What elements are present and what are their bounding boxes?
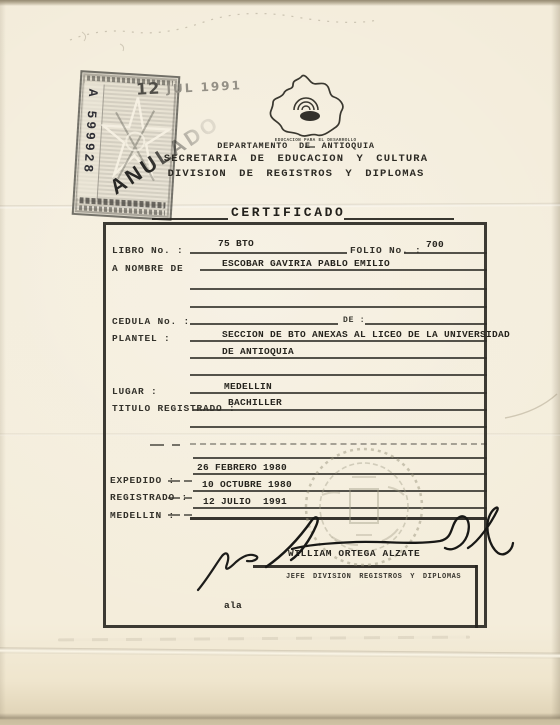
page-left-edge xyxy=(0,0,6,725)
ruled-line-blank-2 xyxy=(190,306,487,308)
title-rule-right xyxy=(344,218,454,220)
typed-dash xyxy=(150,444,164,446)
ruled-line-lugar xyxy=(190,392,487,394)
field-value-nombre: ESCOBAR GAVIRIA PABLO EMILIO xyxy=(222,258,390,269)
ruled-line-plantel-1 xyxy=(190,340,487,342)
field-value-libro: 75 BTO xyxy=(218,238,254,249)
field-label-cedula: CEDULA No. : xyxy=(112,316,190,327)
date-stamp-month-year-text: JUL 1991 xyxy=(166,78,242,96)
ruled-line-nombre xyxy=(200,269,487,271)
field-label-registrado: REGISTRADO : xyxy=(110,492,188,503)
header-secretaria: SECRETARIA DE EDUCACION Y CULTURA xyxy=(96,153,496,165)
typist-initials: ala xyxy=(224,600,242,611)
field-label-expedido: EXPEDIDO : xyxy=(110,475,175,486)
typed-dash xyxy=(184,480,192,482)
scanned-certificate-page: A 599928 ANULADO 12 JUL 1991 EDUCACION P… xyxy=(0,0,560,725)
field-label-nombre: A NOMBRE DE xyxy=(112,263,184,274)
field-value-expedido: 26 FEBRERO 1980 xyxy=(197,462,287,473)
field-label-plantel: PLANTEL : xyxy=(112,333,171,344)
ruled-line-cedula-de xyxy=(365,323,487,325)
pencil-marks xyxy=(82,32,124,51)
field-label-folio: FOLIO No. : xyxy=(350,245,422,256)
field-label-de: DE : xyxy=(343,316,365,325)
date-stamp: 12 JUL 1991 xyxy=(136,74,243,99)
page-top-edge xyxy=(0,0,560,6)
header-departamento: DEPARTAMENTO DE ANTIOQUIA xyxy=(96,141,496,151)
field-label-lugar: LUGAR : xyxy=(112,386,158,397)
field-value-titulo: BACHILLER xyxy=(228,397,282,408)
field-value-plantel-2: DE ANTIOQUIA xyxy=(222,346,294,357)
field-value-registrado: 10 OCTUBRE 1980 xyxy=(202,479,292,490)
antioquia-map-logo xyxy=(260,72,352,140)
fold-curve-right xyxy=(505,394,557,418)
ruled-line-blank-3 xyxy=(190,374,487,376)
date-stamp-day: 12 xyxy=(136,79,161,99)
page-right-edge xyxy=(551,0,560,725)
ruled-line-titulo xyxy=(193,409,487,411)
field-value-registro-fecha: 12 JULIO 1991 xyxy=(203,496,287,507)
ruled-line-plantel-2 xyxy=(190,357,487,359)
ink-smudge xyxy=(58,636,470,642)
field-label-titulo: TITULO REGISTRADO : xyxy=(112,403,236,414)
title-rule-left xyxy=(152,218,228,220)
field-label-medellin: MEDELLIN : xyxy=(110,510,175,521)
field-value-folio: 700 xyxy=(426,239,444,250)
header-division: DIVISION DE REGISTROS Y DIPLOMAS xyxy=(96,168,496,180)
ruled-line-libro xyxy=(190,252,347,254)
certificate-title: CERTIFICADO xyxy=(231,205,345,220)
pencil-scribble xyxy=(70,13,378,40)
field-value-plantel-1: SECCION DE BTO ANEXAS AL LICEO DE LA UNI… xyxy=(222,329,510,340)
field-value-lugar: MEDELLIN xyxy=(224,381,272,392)
signer-role: JEFE DIVISION REGISTROS Y DIPLOMAS xyxy=(286,573,461,581)
typed-dash xyxy=(184,514,192,516)
page-bottom-edge xyxy=(0,713,560,725)
ruled-line-cedula xyxy=(190,323,338,325)
signature-box-right-border xyxy=(475,565,478,628)
field-label-libro: LIBRO No. : xyxy=(112,245,184,256)
ruled-line-blank-1 xyxy=(190,288,487,290)
fold-crease-lower xyxy=(0,647,560,659)
typed-dash xyxy=(172,444,180,446)
ruled-line-blank-4 xyxy=(190,426,487,428)
signature-name: WILLIAM ORTEGA ALZATE xyxy=(288,548,420,559)
